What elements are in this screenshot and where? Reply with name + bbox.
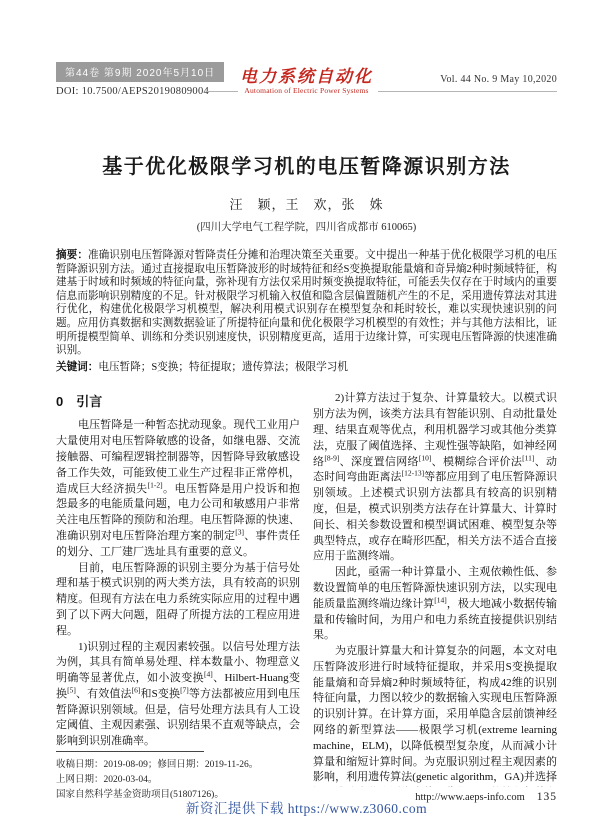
left-column: 0引言 电压暂降是一种暂态扰动现象。现代工业用户大量使用对电压暂降敏感的设备，如… [56,391,300,803]
paragraph: 电压暂降是一种暂态扰动现象。现代工业用户大量使用对电压暂降敏感的设备，如继电器、… [56,418,300,560]
authors: 汪 颖，王 欢，张 姝 [56,194,557,213]
journal-header: 第44卷 第9期 2020年5月10日 DOI: 10.7500/AEPS201… [56,62,557,114]
volume-info: Vol. 44 No. 9 May 10,2020 [440,74,557,85]
section-number: 0 [56,394,63,409]
paper-title: 基于优化极限学习机的电压暂降源识别方法 [56,150,557,179]
footnote-separator [56,751,204,752]
issue-bar: 第44卷 第9期 2020年5月10日 [56,62,224,82]
keywords: 关键词：电压暂降；S变换；特征提取；遗传算法；极限学习机 [56,361,557,375]
header-rule-right [378,91,557,92]
footnote-received-date: 收稿日期：2019-08-09；修回日期：2019-11-26。 [56,758,300,773]
keywords-text: 电压暂降；S变换；特征提取；遗传算法；极限学习机 [98,362,348,373]
footnotes: 收稿日期：2019-08-09；修回日期：2019-11-26。 上网日期：20… [56,746,300,803]
abstract-label: 摘要： [56,249,88,261]
header-rule-left [206,91,238,92]
paragraph: 1)识别过程的主观因素较强。以信号处理方法为例，其具有简单易处理、样本数量小、物… [56,640,300,751]
affiliation: (四川大学电气工程学院，四川省成都市 610065) [56,219,557,234]
paragraph: 因此，亟需一种计算量小、主观依赖性低、参数设置简单的电压暂降源快速识别方法，以实… [313,565,557,644]
journal-name-en: Automation of Electric Power Systems [244,86,368,95]
keywords-label: 关键词： [56,361,98,373]
paragraph: 2)计算方法过于复杂、计算量较大。以模式识别方法为例，该类方法具有智能识别、自动… [313,391,557,565]
journal-logo: 电力系统自动化 [240,62,373,87]
abstract-block: 摘要：准确识别电压暂降源对暂降责任分摊和治理决策至关重要。文中提出一种基于优化极… [56,249,557,374]
section-heading-introduction: 0引言 [56,391,300,410]
section-title: 引言 [76,394,102,409]
paragraph: 目前，电压暂降源的识别主要分为基于信号处理和基于模式识别的两大类方法，具有较高的… [56,561,300,640]
watermark-download-link[interactable]: 新资汇提供下载 https://www.z3060.com [0,797,613,817]
body-columns: 0引言 电压暂降是一种暂态扰动现象。现代工业用户大量使用对电压暂降敏感的设备，如… [56,391,557,803]
abstract-text: 准确识别电压暂降源对暂降责任分摊和治理决策至关重要。文中提出一种基于优化极限学习… [56,250,557,356]
footnote-online-date: 上网日期：2020-03-04。 [56,773,300,788]
abstract: 摘要：准确识别电压暂降源对暂降责任分摊和治理决策至关重要。文中提出一种基于优化极… [56,249,557,358]
paragraph: 为克服计算量大和计算复杂的问题，本文对电压暂降波形进行时域特征提取，并采用S变换… [313,644,557,803]
paper-page: 第44卷 第9期 2020年5月10日 DOI: 10.7500/AEPS201… [0,0,613,825]
right-column: 2)计算方法过于复杂、计算量较大。以模式识别方法为例，该类方法具有智能识别、自动… [313,391,557,803]
